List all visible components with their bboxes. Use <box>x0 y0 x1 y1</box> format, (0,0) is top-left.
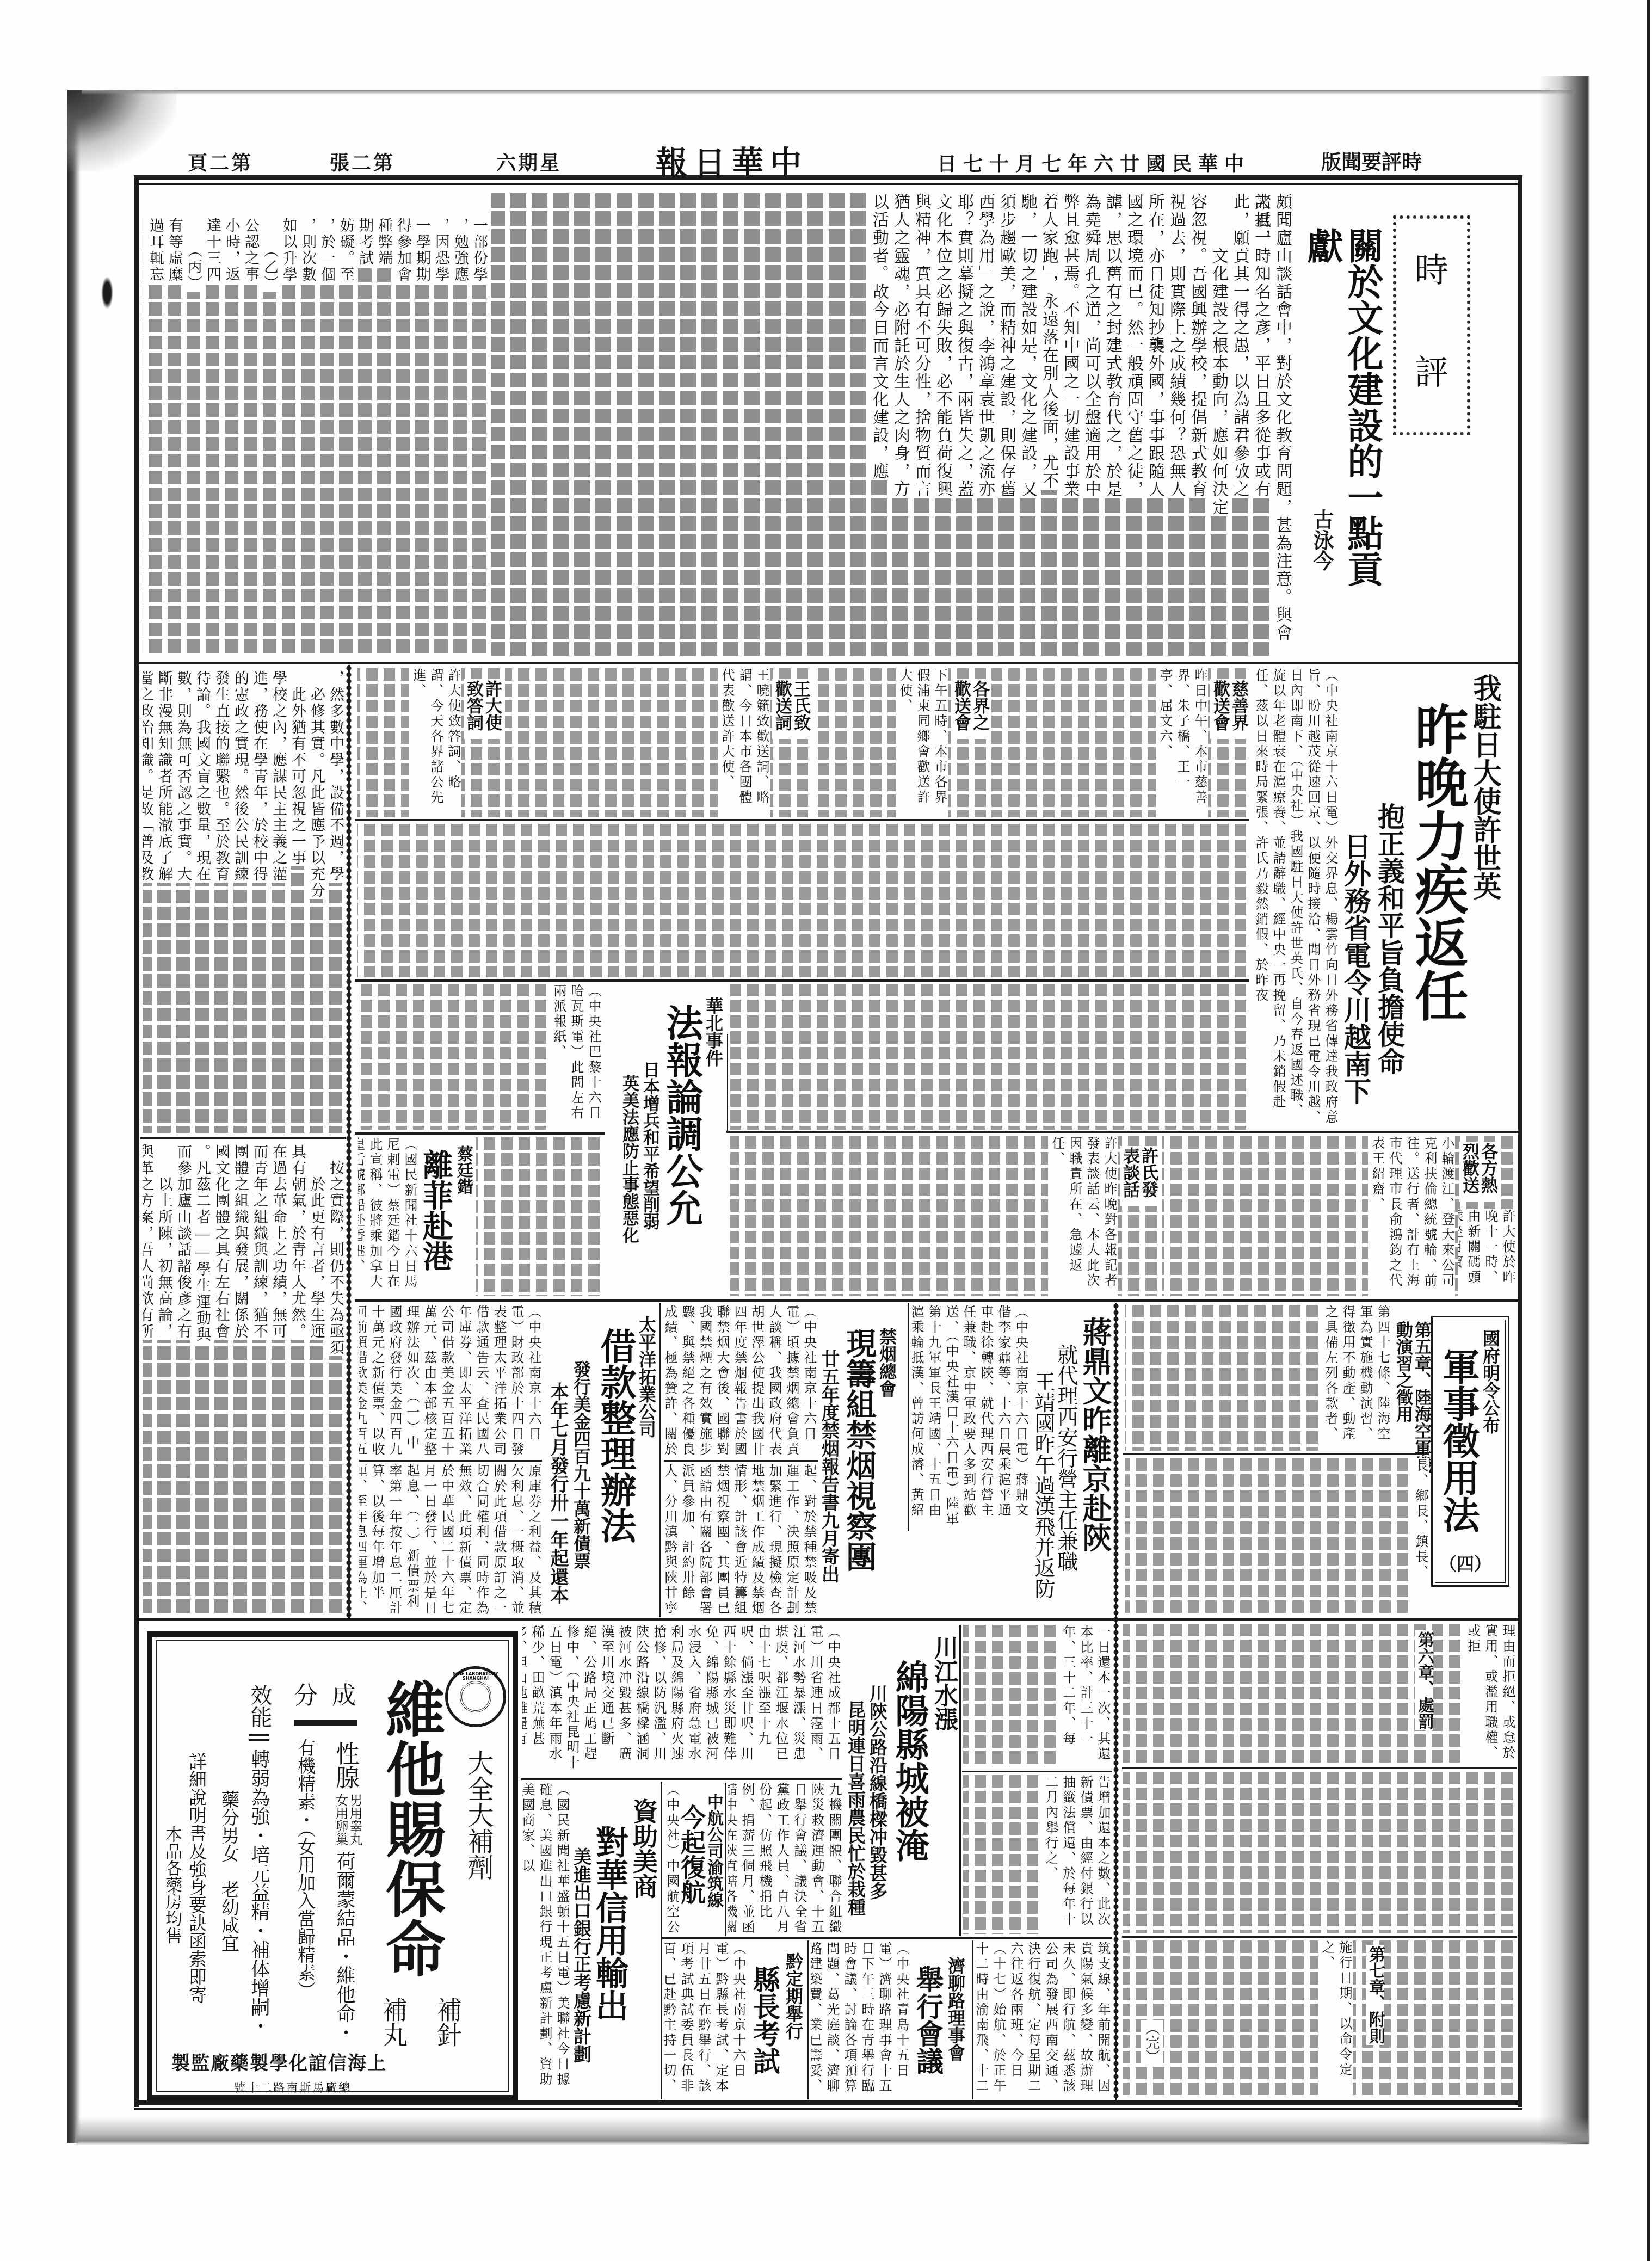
column-rule <box>661 1782 662 2099</box>
ad-effects-bar <box>249 1734 269 1741</box>
article-body-text: 王曉籟致歡送詞、略謂、今日本市各團體代表歡送許大使、 <box>718 668 770 817</box>
editorial-label-char: 評 <box>1415 356 1448 390</box>
ad-address: 總廠馬斯南路二十號 <box>234 2082 352 2093</box>
opium-body: （中央社南京十六日電）頃據禁烟總會負責人談稱、我國政府代表胡世澤公使提出我國廿四… <box>664 1305 817 1457</box>
pacific-loan-body: （中央社南京十六日電）財政部於十四日發表整理太平洋拓業公司借款通告云、查民國八年… <box>359 1305 542 1457</box>
mianyang-headline: 綿陽縣城被淹 <box>892 1660 926 1862</box>
opium-headline: 現籌組禁烟視察團 <box>843 1328 874 1572</box>
article-body-text: （中央社成都十五日電）川省連日霪雨、江河水勢暴漲、災患堪虞、都江堰水位已由十七呎… <box>522 1625 841 1776</box>
editorial-text-column: 發生直接的聯繫也。至於教育 <box>212 670 231 883</box>
rail-board-body: （中央社青島十五日電）濟聊路理事會十五日下午三時在青舉行臨時會議、討論各項預算問… <box>811 1942 910 2098</box>
cnac-headline: 今起復航 <box>679 1804 704 1905</box>
editorial-label-box: 時 評 <box>1393 215 1470 435</box>
editorial-body-left: 一部份學，勉強應，因恐學一學期期得參加會種弊端期考試妨礙。至，於一個，則次數如以… <box>143 218 489 656</box>
military-law-continued: 施行日期、以命令定之、 <box>1123 1940 1516 2098</box>
row-rule <box>355 819 1249 821</box>
editorial-text-column: 學校之內，應謀民主主義之灌 <box>269 670 288 883</box>
tier-rule <box>359 1460 542 1462</box>
charity-farewell-heading: 慈善界歡送會 <box>1210 679 1249 739</box>
article-body-text: 原庫券之利益、及其積欠利息、一概取消、並關於此項借款原訂之一切合同權利、同時作為… <box>359 1464 542 1616</box>
french-press-continued <box>476 1137 603 1296</box>
ambassador-headline: 昨晚力疾返任 <box>1410 702 1464 1022</box>
pacific-loan-continued: 一日還本一次、其還本比率、計三十一年、三十二年、每 <box>963 1625 1111 1767</box>
pacific-loan-subhead: 發行美金四百九十萬新債票 <box>572 1360 590 1569</box>
tier-rule <box>664 1460 818 1462</box>
editorial-text-column: 待論。我國文盲之數量，現在 <box>193 670 212 883</box>
editorial-text-column: 國之環境而已。然一般頑固守舊之徒， <box>1123 193 1144 498</box>
jiang-body: （中央社南京十六日電）蔣鼎文偕李家鼐等、十六日晨乘滬平通車赴徐轉陝、就代理西安行… <box>912 1305 1029 1528</box>
editorial-text-column: ，因恐學 <box>432 218 451 283</box>
editorial-text-column: 馳，一切之建設如是，文化之建設，又 <box>1017 193 1038 498</box>
cai-tingkai-kicker: 蔡廷鍇 <box>455 1145 471 1194</box>
article-body-text: 告增加還本之數、此次新債票、由經付銀行以抽籤法償還、於每年十二月內舉行之、 <box>1041 1775 1111 1934</box>
ad-maker: 上海信誼化學製藥廠監製 <box>171 2054 387 2073</box>
article-body-text: （中央社南京十六日電）頃據禁烟總會負責人談稱、我國政府代表胡世澤公使提出我國廿四… <box>664 1305 817 1457</box>
jiang-headline: 蔣鼎文昨離京赴陝 <box>1080 1317 1109 1552</box>
editorial-text-column: 猶人之靈魂，必附託於生人之肉身，方 <box>890 193 911 498</box>
ad-form-injection: 補針 <box>435 1997 460 2047</box>
paper-right-edge <box>1539 76 1590 2144</box>
paper-top-edge <box>82 90 1573 95</box>
ad-ingredients-label: 成分 <box>294 1684 370 1708</box>
article-body-text: （中央社南京十六日電）黔縣長考試、定本月廿五日在黔舉行、該項考試典試委員長伍非百… <box>664 1942 747 2098</box>
ambassador-subhead: 日外務省電令川越南下 <box>1342 833 1369 1105</box>
cnac-kicker: 中航公司渝筑線 <box>705 1794 722 1908</box>
editorial-text-column: 於此更有言者，學生運 <box>307 1144 326 1340</box>
ad-ingredient-gland: 性腺 <box>333 1741 357 1789</box>
continued-text-block <box>357 824 1249 977</box>
row-rule <box>661 1937 1112 1939</box>
xu-statement-article: 許大使昨晚對各報記者發表談話云、本人此次因職責所在、急遽返任、 <box>730 1136 1160 1296</box>
row-rule <box>726 1131 1518 1133</box>
article-body-text: （中央社南京十六日電）蔣鼎文偕李家鼐等、十六日晨乘滬平通車赴徐轉陝、就代理西安行… <box>912 1305 1029 1528</box>
editorial-continuation-lower: 按之實際，則仍不失為亟須 於此更有言者，學生運具有朝氣，於青年人尤然。在過去革命… <box>143 1144 345 1615</box>
row-rule <box>139 1618 1518 1621</box>
row-rule <box>355 1132 605 1135</box>
editorial-text-column: 進，務使在學青年，於校中得 <box>250 670 269 883</box>
pacific-loan-subhead: 本年七月發行卅一年起還本 <box>548 1382 567 1604</box>
article-body-text: （中央社青島十五日電）濟聊路理事會十五日下午三時在青舉行臨時會議、討論各項預算問… <box>811 1942 910 2098</box>
ad-effects: 轉弱為強・培元益精・補体增嗣・ <box>249 1749 268 2035</box>
editorial-text-column: 視過去，則實際上之成績幾何？恐無人 <box>1166 193 1187 498</box>
ad-availability: 本品各藥房均售 <box>163 1826 180 1944</box>
article-body-text: 施行日期、以命令定之、 <box>1318 1940 1353 2098</box>
french-press-headline: 法報論調公允 <box>663 1004 700 1226</box>
editorial-text-column: 達十三四 <box>203 218 222 283</box>
editorial-text-column: 而青年之組織與訓練，猶不 <box>250 1144 269 1340</box>
frame-bottom <box>134 2100 1522 2105</box>
editorial-text-column: 容忽視。吾國興辦學校，提倡新式教育 <box>1187 193 1208 498</box>
cai-tingkai-headline: 離菲赴港 <box>420 1149 451 1271</box>
binding-mark <box>101 276 113 309</box>
column-rule <box>659 1303 661 1617</box>
editorial-text-column: 在過去革命上之功績，無可 <box>269 1144 288 1340</box>
column-rule <box>140 1137 346 1139</box>
ad-suitability: 藥分男女 老幼咸宜 <box>220 1790 238 1952</box>
french-press-subhead: 英美法應防止事態惡化 <box>620 1075 637 1243</box>
editorial-text-column: 有等虛糜 <box>165 218 184 283</box>
section-rule <box>139 662 1518 664</box>
article-body-text: （中央社南京十六日電）外交界息、楊雲竹向日外務省傳達我政府意旨、盼川越茂從速回京… <box>1252 668 1339 1128</box>
scan-edge-line <box>1647 0 1650 2261</box>
county-exam-headline: 縣長考試 <box>751 1966 778 2074</box>
editorial-text-column: 西學為用」之說，李鴻章袁世凱之流亦 <box>975 193 996 498</box>
editorial-text-column: 為堯舜周孔之道，尚可以全盤適用於中 <box>1081 193 1102 498</box>
editorial-text-column: 過耳輒忘 <box>146 218 165 283</box>
row-rule <box>355 979 1249 982</box>
pacific-loan-continued: 告增加還本之數、此次新債票、由經付銀行以抽籤法償還、於每年十二月內舉行之、 <box>963 1775 1111 1934</box>
column-rule <box>727 1034 728 1132</box>
military-law-continued: 理由而拒絕、或怠於實用、或濫用職權、或拒 <box>1123 1624 1516 1764</box>
article-body-text: 理由而拒絕、或怠於實用、或濫用職權、或拒 <box>1464 1624 1516 1764</box>
header-rule <box>134 175 1522 180</box>
editorial-text-column: 文化建設之根本動向，應如何決定 <box>1208 193 1229 516</box>
opium-kicker: 禁烟總會 <box>878 1328 896 1397</box>
county-exam-kicker: 黔定期舉行 <box>785 1952 802 2040</box>
article-body-text: 長、鄉長、鎮長、 <box>1411 1458 1429 1613</box>
editorial-text-column: （丙） <box>184 218 203 292</box>
editorial-text-column: ，勉強應 <box>451 218 470 283</box>
ad-ingredient-male: 男用睾丸 <box>348 1794 361 1846</box>
article-body-text: 第四十七條、陸海空軍為實施機動演習、得徵用不動產、動產之具備左列各款者、 <box>1321 1305 1391 1451</box>
xu-reply-heading: 許大使致答詞 <box>464 679 503 739</box>
editorial-text-column: 與革之方案，吾人尚欲有所 <box>143 1144 155 1340</box>
us-credit-subhead: 美進出口銀行正考慮新計劃 <box>572 1847 590 2063</box>
editorial-text-column: 以活動者。故今日而言文化建設，應 <box>868 193 890 480</box>
article-body-text: （中央社巴黎十六日哈瓦斯電）此間左右兩派報紙、 <box>550 984 602 1130</box>
ambassador-kicker: 我駐日大使許世英 <box>1470 674 1499 900</box>
editorial-text-column: 妨礙。至 <box>336 218 355 283</box>
ambassador-subhead: 抱正義和平旨負擔使命 <box>1376 803 1403 1075</box>
jiang-subhead: 就代理西安行營主任兼職 <box>1056 1344 1076 1572</box>
frame-left <box>134 175 139 2107</box>
article-body-text: 起、對於禁種禁吸及禁運工作、決照原定計劃加緊進行、現擬檢查各地禁烟工作成績及禁烟… <box>664 1464 817 1616</box>
editorial-text-column: （乙） <box>260 218 279 292</box>
editorial-text-column: 公認之事 <box>241 218 260 283</box>
continued-text-block <box>730 984 1249 1130</box>
page-number: 第二頁 <box>188 148 253 176</box>
ad-effects-label: 效能 <box>249 1684 270 1728</box>
editorial-text-column: ，則次數 <box>298 218 317 283</box>
header-rule-thin <box>134 183 1522 185</box>
article-body-text: 下午五時、本市各界假浦東同鄉會歡送許大使、 <box>896 668 948 817</box>
editorial-text-column: 此，願貢其一得之愚，以為諸君參攷之 <box>1229 193 1250 498</box>
editorial-text-column: 必修其實。凡此皆應予以充分 <box>307 670 326 899</box>
editorial-text-column: ，於一個 <box>317 218 336 283</box>
mianyang-body: （中央社成都十五日電）川省連日霪雨、江河水勢暴漲、災患堪虞、都江堰水位已由十七呎… <box>522 1625 841 1776</box>
tier-rule <box>521 1778 842 1780</box>
pacific-loan-kicker: 太平洋拓業公司 <box>638 1316 655 1438</box>
cnac-continued: 筑支線、年前開航、因貴陽氣候多變、故辦理未久、即行航、茲悉該公司為發展西南交通、… <box>975 1942 1111 2098</box>
military-law-headline: 軍事徵用法 <box>1439 1348 1476 1533</box>
paper-top-left-corner <box>67 90 176 171</box>
community-farewell-heading: 各界之歡送會 <box>951 679 990 739</box>
ad-ingredient-line: 有機精素・（女用加入當歸精素） <box>297 1739 315 1999</box>
french-press-subhead: 日本增兵和平希望削弱 <box>641 1061 658 1230</box>
article-body-text: （中央社南京十六日電）財政部於十四日發表整理太平洋拓業公司借款通告云、查民國八年… <box>359 1305 542 1457</box>
row-rule <box>355 1299 1518 1302</box>
ad-form-pill: 補丸 <box>381 1997 406 2047</box>
editorial-text-column: 種弊端 <box>374 218 393 267</box>
editorial-body-right: 頗聞廬山談話會中，對於文化教育問題，甚為注意。與會諸君，大抵一時知名之彥，平日且… <box>491 193 1293 656</box>
editorial-text-column: 團體之組織與發展，關係於 <box>231 1144 250 1340</box>
editorial-text-column: 具有朝氣，於青年人尤然。 <box>288 1144 307 1340</box>
mianyang-continued: 九機關團體、聯合組織陝災救濟運動會、十五日舉行會議、議決全省黨政工作人員、自八月… <box>728 1783 842 1935</box>
military-law-part: （四） <box>1439 1550 1491 1575</box>
editorial-text-column: 弊且愈甚焉。不知中國之一切建設事業 <box>1059 193 1081 498</box>
rail-board-headline: 舉行會議 <box>914 1966 941 2074</box>
editorial-text-column: 着人家跑」，永遠落在別人後面，尤不 <box>1038 193 1059 490</box>
military-law-body: 第四十七條、陸海空軍為實施機動演習、得徵用不動產、動產之具備左列各款者、 <box>1125 1305 1391 1451</box>
xu-statement-heading: 許氏發表談話 <box>1120 1146 1159 1206</box>
frame-bottom-thin <box>134 2108 1522 2110</box>
editorial-text-column: 謔，思以舊有之封建式教育代之，於是 <box>1102 193 1123 498</box>
military-law-end-mark: （完） <box>1141 2020 1163 2065</box>
advertisement-logo: SINE LABORATORY SHANGHAI <box>445 1666 506 1727</box>
editorial-text-column: 以上所陳，初無高論， <box>155 1144 174 1340</box>
french-press-kicker: 華北事件 <box>705 997 722 1067</box>
tier-rule <box>1122 1936 1517 1938</box>
tier-rule <box>1122 1767 1517 1769</box>
editorial-text-column: 。凡茲二者——學生運動與 <box>193 1144 212 1343</box>
article-body-text: （國民新聞社十六日馬尼剌電）蔡廷鍇今日在此宣稱、彼將乘加拿大皇后號郵船赴香港、 <box>358 1137 418 1296</box>
wavy-divider <box>1112 1303 1120 2100</box>
tier-rule <box>1123 1453 1429 1455</box>
military-law-kicker: 國府明令公布 <box>1482 1329 1499 1434</box>
editorial-text-column: 如以升學 <box>279 218 298 283</box>
ad-ingredient-line: 荷爾蒙結晶・維他命・ <box>335 1851 354 2042</box>
editorial-text-column: 的憲政之實現。然後公民訓練 <box>231 670 250 883</box>
military-law-chapter-heading: 第七章、附則 <box>1366 1945 1384 2045</box>
article-body-text: 筑支線、年前開航、因貴陽氣候多變、故辦理未久、即行航、茲悉該公司為發展西南交通、… <box>975 1942 1111 2098</box>
mianyang-subhead: 昆明連日喜雨農民忙於栽種 <box>847 1701 865 1916</box>
ad-mail-offer: 詳細說明書及強身要訣函索即寄 <box>188 1752 206 2004</box>
opium-subhead: 廿五年度禁烟報告書九月寄出 <box>821 1350 839 1583</box>
editorial-author: 古泳今 <box>1307 509 1337 571</box>
ad-ingredients-bar <box>294 1720 357 1726</box>
sheet-number: 第二張 <box>330 148 395 176</box>
editorial-text-column: 當之政治知識。是故「普及教 <box>143 670 155 883</box>
editorial-text-column: 期考試 <box>355 218 374 267</box>
section-name: 時評要聞版 <box>1321 146 1422 175</box>
logo-inner-ring <box>460 1681 491 1712</box>
paper-bottom-edge <box>76 2117 1589 2145</box>
rail-board-kicker: 濟聊路理事會 <box>947 1957 964 2061</box>
editorial-text-column: 得參加會 <box>393 218 412 283</box>
editorial-text-column: 一學期期 <box>412 218 432 283</box>
editorial-text-column: 小時，返 <box>222 218 241 283</box>
editorial-text-column: 頗聞廬山談話會中，對於文化教育問題，甚為注意。與會諸君， <box>1272 193 1293 656</box>
editorial-text-column: 文化本位之必歸失敗，必不能負荷復興 <box>932 193 953 498</box>
article-body-text: 一日還本一次、其還本比率、計三十一年、三十二年、每 <box>1059 1625 1111 1767</box>
weekday: 星期六 <box>496 148 562 176</box>
editorial-text-column: 須步趨歐美，而精神之建設，則保存舊 <box>996 193 1017 498</box>
ad-tagline: 大全大補劑 <box>465 1749 491 1880</box>
editorial-text-column: 與精神，實具有不可分性，捨物質而言 <box>911 193 932 498</box>
article-body-text: 許大使於昨晚十一時、由新關碼頭乘坐月寶 <box>1458 1209 1516 1296</box>
editorial-label-char: 時 <box>1415 254 1448 287</box>
military-law-title-box: 國府明令公布 軍事徵用法 （四） <box>1431 1316 1509 1587</box>
military-law-continued <box>1123 1772 1516 1933</box>
column-rule <box>908 1303 909 1531</box>
tier-rule <box>962 1771 1112 1772</box>
article-body-text: 九機關團體、聯合組織陝災救濟運動會、十五日舉行會議、議決全省黨政工作人員、自八月… <box>728 1783 842 1935</box>
article-body-text: 許大使昨晚對各報記者發表談話云、本人此次因職責所在、急遽返任、 <box>1048 1136 1118 1296</box>
article-body-text: （國民新聞社華盛頓十五日電）美聯社今日據確息、美國進出口銀行現正考慮新計劃、資助… <box>522 1783 570 2098</box>
column-rule <box>807 1940 809 2099</box>
county-exam-body: （中央社南京十六日電）黔縣長考試、定本月廿五日在黔舉行、該項考試典試委員長伍非百… <box>664 1942 747 2098</box>
editorial-text-column: 一部份學 <box>470 218 489 283</box>
editorial-text-column: 耶？實則摹擬之與復古，兩皆失之，蓋 <box>953 193 975 498</box>
issue-date: 中華民國廿六年七月十七日 <box>937 149 1250 177</box>
cai-tingkai-body: （國民新聞社十六日馬尼剌電）蔡廷鍇今日在此宣稱、彼將乘加拿大皇后號郵船赴香港、 <box>358 1137 418 1296</box>
editorial-text-column: 按之實際，則仍不失為亟須 <box>326 1144 345 1356</box>
editorial-text-column: 國文化團體之具有左右社會 <box>212 1144 231 1340</box>
opium-body: 起、對於禁種禁吸及禁運工作、決照原定計劃加緊進行、現擬檢查各地禁烟工作成績及禁烟… <box>664 1464 817 1616</box>
us-credit-body: （國民新聞社華盛頓十五日電）美聯社今日據確息、美國進出口銀行現正考慮新計劃、資助… <box>522 1783 570 2098</box>
article-body-text: 許大使致答詞、略謂、今天各界諸公先進、 <box>409 668 461 817</box>
pacific-loan-headline: 借款整理辦法 <box>597 1328 633 1543</box>
frame-right <box>1518 175 1522 2107</box>
send-off-lead-text: 許大使於昨晚十一時、由新關碼頭乘坐月寶 <box>1458 1209 1516 1296</box>
jiang-subhead: 王靖國昨午過漢飛并返防 <box>1033 1371 1053 1599</box>
french-press-body: （中央社巴黎十六日哈瓦斯電）此間左右兩派報紙、 <box>358 984 602 1130</box>
editorial-text-column: 此外猶有不可忽視之一事 <box>288 670 307 866</box>
mianyang-subhead: 川陝公路沿線橋樑冲毀甚多 <box>868 1684 886 1900</box>
paper-left-edge <box>67 97 81 2143</box>
logo-text: SINE LABORATORY SHANGHAI <box>449 1672 502 1681</box>
column-rule <box>725 1783 726 1936</box>
column-rule <box>972 1940 973 2099</box>
wang-speech-article: 王曉籟致歡送詞、略謂、今日本市各團體代表歡送許大使、 <box>505 668 811 817</box>
mianyang-kicker: 川江水漲 <box>932 1635 956 1731</box>
editorial-continuation-upper: ，然多數中學，設備不週，學 必修其實。凡此皆應予以充分 此外猶有不可忽視之一事學… <box>143 670 345 1133</box>
send-off-heading: 各方熱烈歡送 <box>1459 1142 1499 1202</box>
military-law-chapter-heading: 第六章、處罰 <box>1415 1630 1433 1730</box>
ad-brand: 維他賜保命 <box>381 1679 441 1978</box>
editorial-text-column: 而參加廬山談話諸俊彥之有 <box>174 1144 193 1340</box>
us-credit-kicker: 資助美商 <box>631 1798 656 1899</box>
editorial-text-column: 所在，亦日徒知抄襲外國，事事跟隨人 <box>1144 193 1166 498</box>
column-rule <box>959 1625 961 1936</box>
editorial-text-column: ，然多數中學，設備不週，學 <box>326 670 345 883</box>
article-body-text: 小輪渡江、登大來公司克利扶倫總統號輪、前往。送行者、計有上海市代理市長俞鴻鈞之代… <box>1368 1136 1455 1296</box>
article-body-text: 昨日中午、本市慈善界、朱子橋、王一亭、屈文六、 <box>1156 668 1208 817</box>
wang-speech-heading: 王氏致歡送詞 <box>772 679 811 739</box>
wavy-divider <box>345 665 353 1618</box>
editorial-text-column: 數，則為無可否認之事實。大 <box>174 670 193 883</box>
ad-ingredient-female: 女用卵巢 <box>334 1794 347 1846</box>
ambassador-article-body: （中央社南京十六日電）外交界息、楊雲竹向日外務省傳達我政府意旨、盼川越茂從速回京… <box>1252 668 1339 1128</box>
pacific-loan-body: 原庫券之利益、及其積欠利息、一概取消、並關於此項借款原訂之一切合同權利、同時作為… <box>359 1464 542 1616</box>
military-law-body: 長、鄉長、鎮長、 <box>1125 1458 1429 1613</box>
us-credit-headline: 對華信用輸出 <box>593 1826 626 2022</box>
editorial-text-column: 斷非漫無知識者所能澈底了解 <box>155 670 174 883</box>
